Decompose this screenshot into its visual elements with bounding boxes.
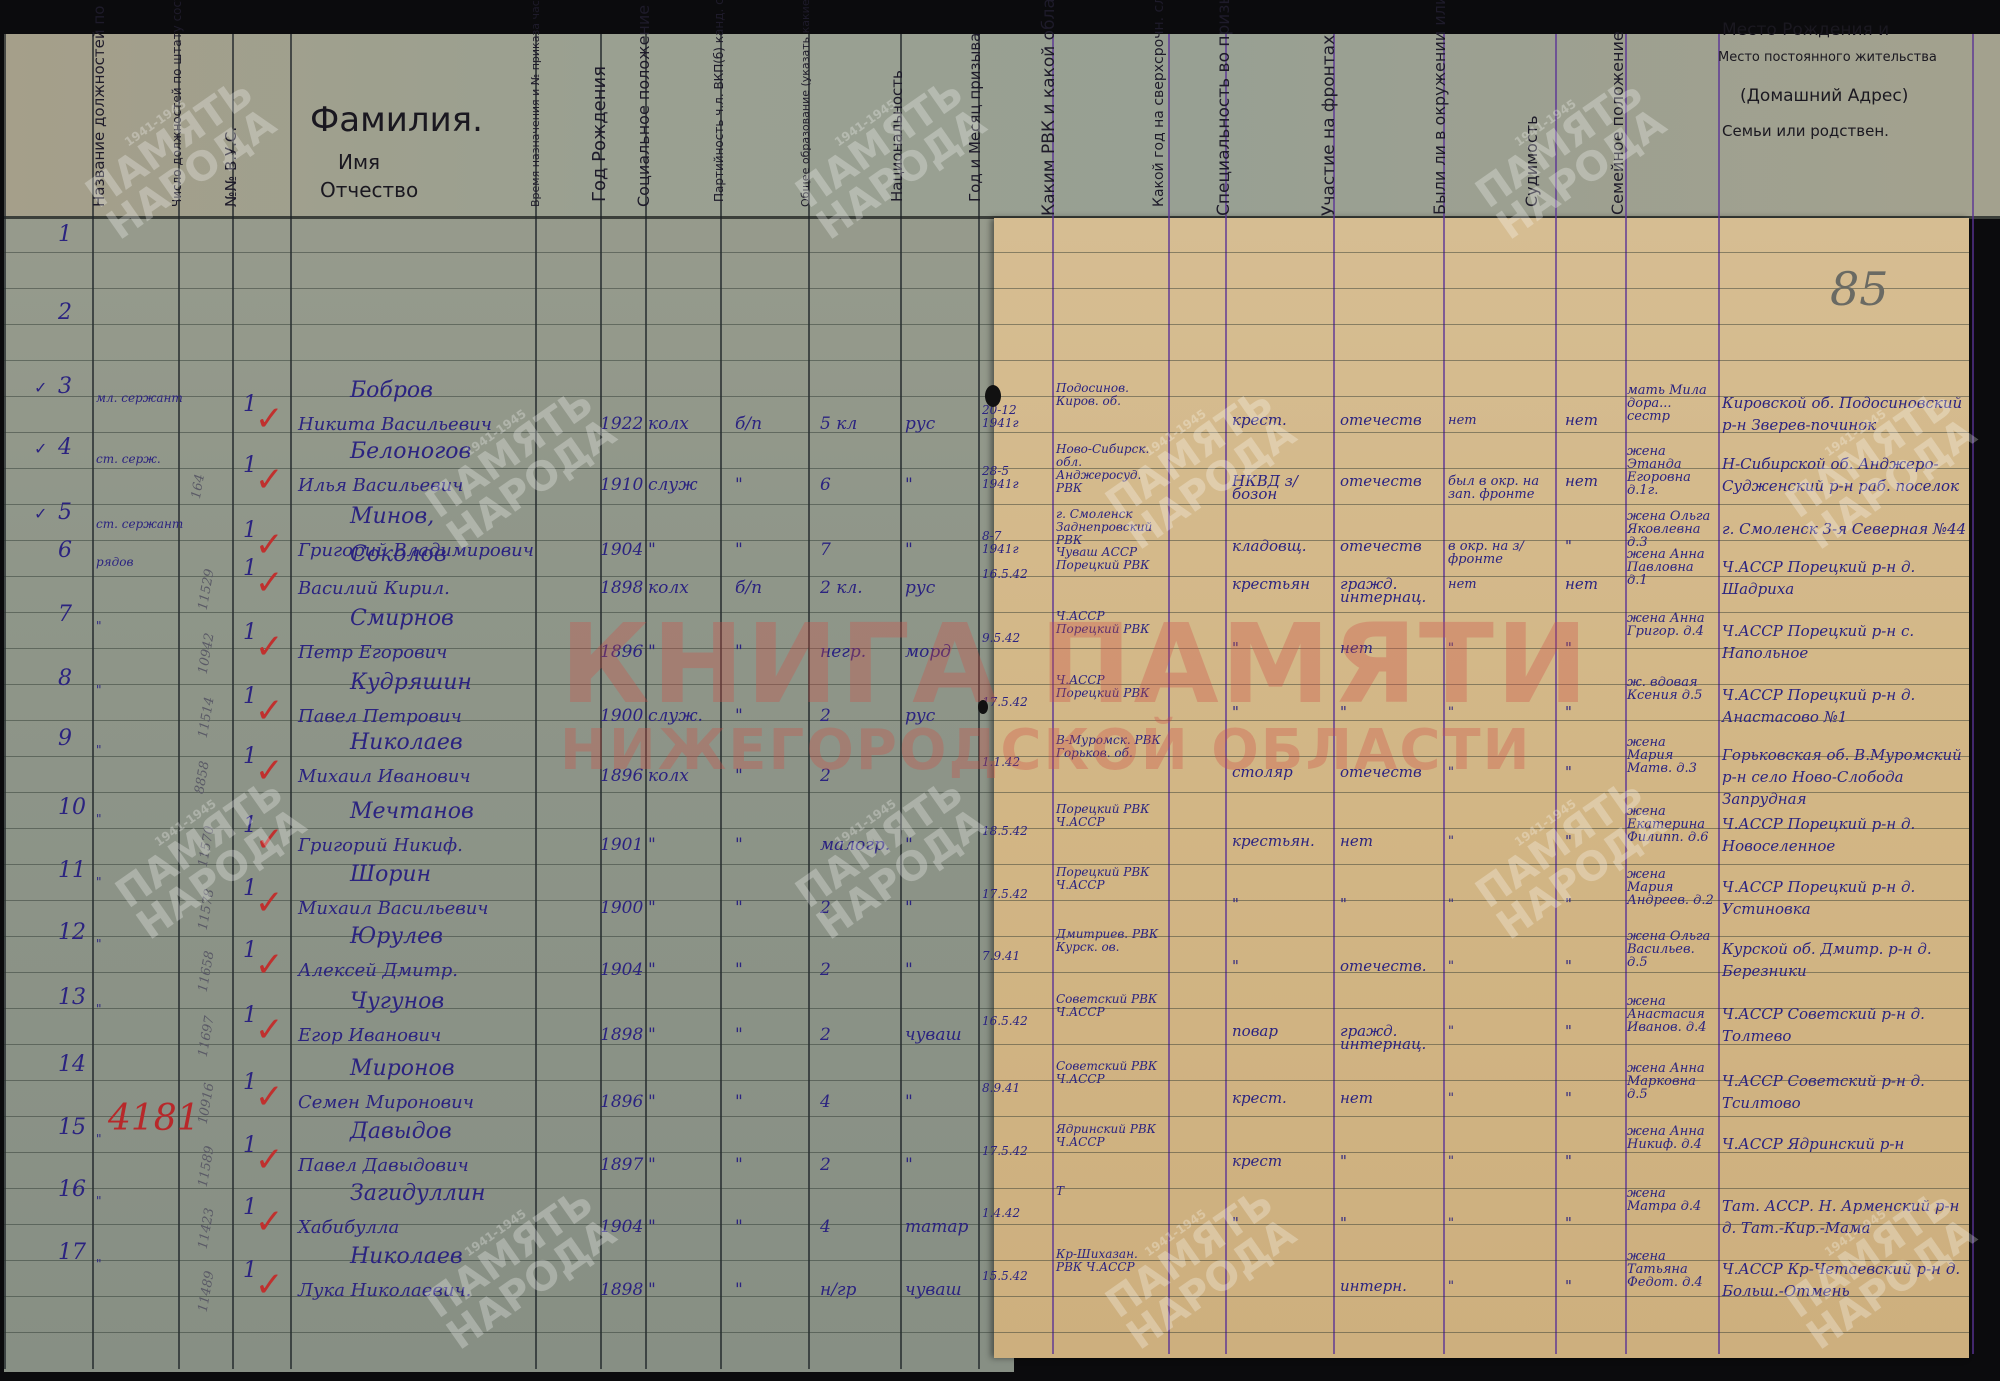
header-name-given: Имя bbox=[338, 150, 380, 174]
cell-surname: Давыдов bbox=[350, 1119, 452, 1144]
row-number: 2 bbox=[58, 300, 72, 325]
row-number: 17 bbox=[58, 1240, 86, 1265]
cell-fronts: " bbox=[1340, 898, 1440, 911]
cell-social: " bbox=[648, 1025, 656, 1045]
column-rule bbox=[1972, 34, 1974, 1354]
cell-given-name: Никита Васильевич bbox=[298, 414, 492, 435]
cell-address: Курской об. Дмитр. р-н д. Березники bbox=[1722, 938, 1967, 982]
cell-convict: " bbox=[1565, 1025, 1572, 1038]
cell-nationality: татар bbox=[905, 1217, 968, 1237]
cell-nationality: " bbox=[905, 898, 913, 918]
cell-nationality: рус bbox=[905, 578, 935, 598]
row-rule bbox=[4, 360, 1969, 361]
cell-position: " bbox=[96, 876, 102, 889]
row-check-mark: ✓ bbox=[34, 378, 47, 397]
cell-position: " bbox=[96, 744, 102, 757]
cell-draft-date: 17.5.42 bbox=[982, 1145, 1022, 1158]
cell-social: " bbox=[648, 960, 656, 980]
red-check-mark: ✓ bbox=[255, 530, 284, 560]
cell-encircle: " bbox=[1448, 960, 1552, 973]
cell-surname: Бобров bbox=[350, 378, 433, 403]
cell-draft-date: 28-5 1941г bbox=[982, 465, 1022, 491]
cell-family: жена Анастасия Иванов. д.4 bbox=[1627, 995, 1715, 1034]
cell-convict: нет bbox=[1565, 475, 1598, 488]
cell-draft-date: 16.5.42 bbox=[982, 568, 1022, 581]
cell-fronts: гражд. интернац. bbox=[1340, 1025, 1440, 1051]
cell-given-name: Семен Миронович bbox=[298, 1092, 474, 1113]
cell-education: 2 bbox=[820, 960, 831, 980]
cell-social: " bbox=[648, 835, 656, 855]
header-rvk: Каким РВК и какой области мобилизован bbox=[1039, 56, 1060, 216]
cell-given-name: Павел Петрович bbox=[298, 706, 462, 727]
cell-given-name: Михаил Васильевич bbox=[298, 898, 489, 919]
cell-family: мать Мила дора... сестр bbox=[1627, 384, 1715, 423]
cell-family: жена Этанда Егоровна д.1г. bbox=[1627, 445, 1715, 497]
cell-given-name: Григорий Никиф. bbox=[298, 835, 463, 856]
cell-address: Ч.АССР Порецкий р-н д. Устиновка bbox=[1722, 876, 1967, 920]
cell-specialty: кладовщ. bbox=[1232, 540, 1327, 553]
column-rule bbox=[1718, 34, 1720, 1354]
cell-vus: 1 bbox=[243, 1195, 257, 1220]
header-name-surname: Фамилия. bbox=[310, 100, 483, 140]
cell-draft-date: 1.4.42 bbox=[982, 1207, 1022, 1220]
cell-vus: 1 bbox=[243, 938, 257, 963]
red-check-mark: ✓ bbox=[255, 888, 284, 918]
cell-education: 2 bbox=[820, 1025, 831, 1045]
header-name-patronymic: Отчество bbox=[320, 178, 418, 202]
cell-birth-year: 1898 bbox=[600, 578, 643, 598]
row-number: 8 bbox=[58, 666, 72, 691]
cell-birth-year: 1898 bbox=[600, 1025, 643, 1045]
cell-social: " bbox=[648, 1217, 656, 1237]
column-rule bbox=[4, 34, 6, 1369]
cell-surname: Шорин bbox=[350, 862, 431, 887]
cell-convict: нет bbox=[1565, 578, 1598, 591]
cell-position: " bbox=[96, 684, 102, 697]
row-rule bbox=[4, 288, 1969, 289]
cell-party: " bbox=[735, 898, 743, 918]
cell-convict: " bbox=[1565, 1155, 1572, 1168]
cell-vus: 1 bbox=[243, 1258, 257, 1283]
cell-encircle: в окр. на з/фронте bbox=[1448, 540, 1552, 566]
cell-nationality: чуваш bbox=[905, 1025, 962, 1045]
red-check-mark: ✓ bbox=[255, 1082, 284, 1112]
cell-birth-year: 1897 bbox=[600, 1155, 643, 1175]
cell-surname: Мечтанов bbox=[350, 799, 474, 824]
cell-encircle: был в окр. на зап. фронте bbox=[1448, 475, 1552, 501]
cell-party: " bbox=[735, 1217, 743, 1237]
cell-fronts: отечеств bbox=[1340, 475, 1440, 488]
cell-fronts: отечеств. bbox=[1340, 960, 1440, 973]
paper-hole bbox=[978, 700, 988, 714]
cell-vus: 1 bbox=[243, 620, 257, 645]
cell-rvk: Ядринский РВК Ч.АССР bbox=[1056, 1123, 1166, 1149]
cell-fronts: отечеств bbox=[1340, 540, 1440, 553]
cell-party: б/п bbox=[735, 578, 762, 598]
cell-draft-date: 8-7 1941г bbox=[982, 530, 1022, 556]
cell-social: " bbox=[648, 540, 656, 560]
red-check-mark: ✓ bbox=[255, 696, 284, 726]
cell-fronts: отечеств bbox=[1340, 414, 1440, 427]
cell-nationality: " bbox=[905, 1155, 913, 1175]
cell-family: жена Анна Григор. д.4 bbox=[1627, 612, 1715, 638]
cell-surname: Николаев bbox=[350, 730, 463, 755]
cell-party: б/п bbox=[735, 414, 762, 434]
cell-rvk: Советский РВК Ч.АССР bbox=[1056, 1060, 1166, 1086]
red-check-mark: ✓ bbox=[255, 632, 284, 662]
cell-fronts: интерн. bbox=[1340, 1280, 1440, 1293]
cell-convict: " bbox=[1565, 540, 1572, 553]
cell-education: 4 bbox=[820, 1217, 831, 1237]
cell-draft-date: 15.5.42 bbox=[982, 1270, 1022, 1283]
red-check-mark: ✓ bbox=[255, 1207, 284, 1237]
cell-address: Ч.АССР Ядринский р-н bbox=[1722, 1133, 1967, 1155]
header-assignment: Время назначения и № приказа части или о… bbox=[527, 57, 544, 207]
row-number: 6 bbox=[58, 538, 72, 563]
cell-given-name: Алексей Дмитр. bbox=[298, 960, 458, 981]
cell-specialty: крест bbox=[1232, 1155, 1327, 1168]
cell-birth-year: 1904 bbox=[600, 960, 643, 980]
cell-party: " bbox=[735, 1280, 743, 1300]
header-address-line3: (Домашний Адрес) bbox=[1740, 86, 1908, 106]
row-number: 10 bbox=[58, 795, 86, 820]
row-number: 12 bbox=[58, 920, 86, 945]
cell-education: 2 bbox=[820, 1155, 831, 1175]
cell-family: жена Анна Никиф. д.4 bbox=[1627, 1125, 1715, 1151]
row-number: 14 bbox=[58, 1052, 86, 1077]
cell-surname: Минов, bbox=[350, 504, 434, 529]
watermark-region: НИЖЕГОРОДСКОЙ ОБЛАСТИ bbox=[560, 718, 1532, 783]
row-check-mark: ✓ bbox=[34, 439, 47, 458]
cell-rvk: Дмитриев. РВК Курск. ов. bbox=[1056, 928, 1166, 954]
cell-address: Ч.АССР Порецкий р-н д. Новоселенное bbox=[1722, 813, 1967, 857]
cell-address: Ч.АССР Порецкий р-н д. Анастасово №1 bbox=[1722, 684, 1967, 728]
cell-party: " bbox=[735, 960, 743, 980]
row-number: 13 bbox=[58, 985, 86, 1010]
cell-nationality: " bbox=[905, 960, 913, 980]
row-rule bbox=[4, 252, 1969, 253]
row-number: 15 bbox=[58, 1115, 86, 1140]
cell-position: " bbox=[96, 620, 102, 633]
row-number: 16 bbox=[58, 1177, 86, 1202]
cell-family: жена Мария Матв. д.3 bbox=[1627, 736, 1715, 775]
cell-education: н/гр bbox=[820, 1280, 856, 1300]
cell-convict: " bbox=[1565, 1280, 1572, 1293]
cell-given-name: Петр Егорович bbox=[298, 642, 447, 663]
cell-position: ст. сержант bbox=[96, 518, 183, 531]
red-check-mark: ✓ bbox=[255, 950, 284, 980]
cell-surname: Загидуллин bbox=[350, 1181, 486, 1206]
header-fronts: Участие на фронтах bbox=[1319, 66, 1340, 216]
row-number: 9 bbox=[58, 726, 72, 751]
cell-nationality: " bbox=[905, 475, 913, 495]
cell-family: жена Анна Павловна д.1 bbox=[1627, 548, 1715, 587]
row-rule bbox=[4, 1116, 1969, 1117]
row-check-mark: ✓ bbox=[34, 504, 47, 523]
cell-specialty: крестьян bbox=[1232, 578, 1327, 591]
cell-surname: Соколов bbox=[350, 542, 447, 567]
cell-party: " bbox=[735, 1025, 743, 1045]
cell-surname: Чугунов bbox=[350, 989, 444, 1014]
cell-specialty: " bbox=[1232, 960, 1327, 973]
cell-social: колх bbox=[648, 578, 689, 598]
cell-family: жена Ольга Васильев. д.5 bbox=[1627, 930, 1715, 969]
cell-specialty: " bbox=[1232, 898, 1327, 911]
cell-surname: Миронов bbox=[350, 1056, 455, 1081]
red-check-mark: ✓ bbox=[255, 1270, 284, 1300]
cell-nationality: чуваш bbox=[905, 1280, 962, 1300]
cell-family: ж. вдовая Ксения д.5 bbox=[1627, 676, 1715, 702]
paper-hole bbox=[985, 385, 1001, 407]
cell-party: " bbox=[735, 835, 743, 855]
cell-birth-year: 1904 bbox=[600, 540, 643, 560]
cell-position: " bbox=[96, 1258, 102, 1271]
cell-given-name: Павел Давыдович bbox=[298, 1155, 469, 1176]
red-check-mark: ✓ bbox=[255, 1015, 284, 1045]
header-birth-year: Год Рождения bbox=[591, 62, 608, 202]
column-rule bbox=[535, 34, 537, 1369]
cell-social: " bbox=[648, 1280, 656, 1300]
cell-family: жена Анна Марковна д.5 bbox=[1627, 1062, 1715, 1101]
cell-vus: 1 bbox=[243, 684, 257, 709]
red-check-mark: ✓ bbox=[255, 404, 284, 434]
cell-address: Ч.АССР Советский р-н д. Тсилтово bbox=[1722, 1070, 1967, 1114]
cell-nationality: " bbox=[905, 1092, 913, 1112]
cell-social: служ bbox=[648, 475, 698, 495]
row-rule bbox=[4, 1332, 1969, 1333]
cell-party: " bbox=[735, 1092, 743, 1112]
cell-position: " bbox=[96, 1003, 102, 1016]
row-number: 3 bbox=[58, 374, 72, 399]
cell-rvk: Порецкий РВК Ч.АССР bbox=[1056, 866, 1166, 892]
cell-rvk: Т bbox=[1056, 1185, 1166, 1198]
cell-given-name: Василий Кирил. bbox=[298, 578, 450, 599]
cell-given-name: Егор Иванович bbox=[298, 1025, 441, 1046]
cell-encircle: " bbox=[1448, 1217, 1552, 1230]
cell-family: жена Татьяна Федот. д.4 bbox=[1627, 1250, 1715, 1289]
cell-surname: Юрулев bbox=[350, 924, 443, 949]
cell-encircle: " bbox=[1448, 1280, 1552, 1293]
cell-address: Горьковская об. В.Муромский р-н село Нов… bbox=[1722, 744, 1967, 810]
cell-encircle: " bbox=[1448, 1092, 1552, 1105]
cell-fronts: " bbox=[1340, 1217, 1440, 1230]
cell-social: " bbox=[648, 898, 656, 918]
cell-vus: 1 bbox=[243, 1003, 257, 1028]
header-party: Партийность ч.л. ВКП(б) канд. с ч.л. ВКП… bbox=[711, 52, 728, 202]
header-specialty: Специальность во призыва в армию bbox=[1214, 56, 1235, 216]
header-band bbox=[4, 34, 2000, 219]
row-rule bbox=[4, 504, 1969, 505]
cell-family: жена Ольга Яковлевна д.3 bbox=[1627, 510, 1715, 549]
row-number: 11 bbox=[58, 858, 86, 883]
cell-vus: 1 bbox=[243, 453, 257, 478]
header-encircle: Были ли в окружении или в плену bbox=[1430, 55, 1450, 215]
row-rule bbox=[4, 864, 1969, 865]
red-check-mark: ✓ bbox=[255, 568, 284, 598]
cell-birth-year: 1900 bbox=[600, 898, 643, 918]
row-rule bbox=[4, 792, 1969, 793]
cell-education: 7 bbox=[820, 540, 831, 560]
cell-surname: Смирнов bbox=[350, 606, 454, 631]
cell-social: " bbox=[648, 1155, 656, 1175]
cell-education: 4 bbox=[820, 1092, 831, 1112]
red-mark: 4181 bbox=[108, 1098, 200, 1139]
cell-position: " bbox=[96, 1195, 102, 1208]
cell-position: ст. серж. bbox=[96, 453, 161, 466]
cell-education: 5 кл bbox=[820, 414, 857, 434]
cell-surname: Кудряшин bbox=[350, 670, 472, 695]
cell-position: " bbox=[96, 1133, 102, 1146]
header-extended: Какой год на сверхсрочн. службе bbox=[1151, 57, 1168, 207]
cell-address: Ч.АССР Порецкий р-н д. Шадриха bbox=[1722, 556, 1967, 600]
cell-education: 6 bbox=[820, 475, 831, 495]
row-number: 4 bbox=[58, 435, 72, 460]
cell-social: колх bbox=[648, 414, 689, 434]
column-rule bbox=[232, 34, 234, 1369]
cell-draft-date: 20-12 1941г bbox=[982, 404, 1022, 430]
cell-fronts: нет bbox=[1340, 1092, 1440, 1105]
cell-position: " bbox=[96, 938, 102, 951]
header-social: Социальное положение bbox=[635, 67, 652, 207]
cell-convict: " bbox=[1565, 1217, 1572, 1230]
cell-fronts: нет bbox=[1340, 835, 1440, 848]
cell-vus: 1 bbox=[243, 1070, 257, 1095]
cell-vus: 1 bbox=[243, 392, 257, 417]
cell-birth-year: 1896 bbox=[600, 1092, 643, 1112]
cell-birth-year: 1901 bbox=[600, 835, 643, 855]
cell-party: " bbox=[735, 475, 743, 495]
cell-education: 2 кл. bbox=[820, 578, 863, 598]
cell-given-name: Михаил Иванович bbox=[298, 766, 471, 787]
cell-party: " bbox=[735, 1155, 743, 1175]
row-rule bbox=[4, 324, 1969, 325]
row-number: 7 bbox=[58, 602, 72, 627]
cell-address: Ч.АССР Советский р-н д. Толтево bbox=[1722, 1003, 1967, 1047]
cell-vus: 1 bbox=[243, 1133, 257, 1158]
column-rule bbox=[290, 34, 292, 1369]
column-rule bbox=[92, 34, 94, 1369]
cell-address: Ч.АССР Порецкий р-н с. Напольное bbox=[1722, 620, 1967, 664]
cell-family: жена Мария Андреев. д.2 bbox=[1627, 868, 1715, 907]
cell-birth-year: 1910 bbox=[600, 475, 643, 495]
cell-draft-date: 16.5.42 bbox=[982, 1015, 1022, 1028]
header-address-line4: Семьи или родствен. bbox=[1722, 122, 1889, 140]
cell-family: жена Матра д.4 bbox=[1627, 1187, 1715, 1213]
cell-nationality: " bbox=[905, 540, 913, 560]
cell-draft-date: 7.9.41 bbox=[982, 950, 1022, 963]
cell-position: " bbox=[96, 813, 102, 826]
cell-party: " bbox=[735, 540, 743, 560]
cell-specialty: крестьян. bbox=[1232, 835, 1327, 848]
red-check-mark: ✓ bbox=[255, 1145, 284, 1175]
cell-rvk: Порецкий РВК Ч.АССР bbox=[1056, 803, 1166, 829]
cell-fronts: " bbox=[1340, 1155, 1440, 1168]
cell-vus: 1 bbox=[243, 518, 257, 543]
cell-convict: нет bbox=[1565, 414, 1598, 427]
cell-specialty: крест. bbox=[1232, 1092, 1327, 1105]
cell-draft-date: 8.9.41 bbox=[982, 1082, 1022, 1095]
column-rule bbox=[178, 34, 180, 1369]
cell-convict: " bbox=[1565, 1092, 1572, 1105]
cell-position: мл. сержант bbox=[96, 392, 183, 405]
header-address-line2: Место постоянного жительства bbox=[1718, 50, 1937, 65]
watermark-book-title: КНИГА ПАМЯТИ bbox=[560, 600, 1590, 728]
cell-encircle: нет bbox=[1448, 414, 1552, 427]
cell-specialty: повар bbox=[1232, 1025, 1327, 1038]
red-check-mark: ✓ bbox=[255, 465, 284, 495]
header-address-line1: Место Рождения и bbox=[1722, 20, 1889, 40]
row-number: 1 bbox=[58, 222, 72, 247]
cell-encircle: " bbox=[1448, 1155, 1552, 1168]
page-number: 85 bbox=[1830, 262, 1889, 316]
cell-vus: 1 bbox=[243, 556, 257, 581]
cell-encircle: " bbox=[1448, 1025, 1552, 1038]
cell-birth-year: 1898 bbox=[600, 1280, 643, 1300]
cell-nationality: рус bbox=[905, 414, 935, 434]
cell-social: " bbox=[648, 1092, 656, 1112]
cell-encircle: нет bbox=[1448, 578, 1552, 591]
cell-position: рядов bbox=[96, 556, 133, 569]
row-number: 5 bbox=[58, 500, 72, 525]
cell-convict: " bbox=[1565, 960, 1572, 973]
cell-given-name: Хабибулла bbox=[298, 1217, 399, 1238]
cell-draft-date: 17.5.42 bbox=[982, 888, 1022, 901]
cell-rvk: Советский РВК Ч.АССР bbox=[1056, 993, 1166, 1019]
cell-convict: " bbox=[1565, 766, 1572, 779]
cell-rvk: Подосинов. Киров. об. bbox=[1056, 382, 1166, 408]
